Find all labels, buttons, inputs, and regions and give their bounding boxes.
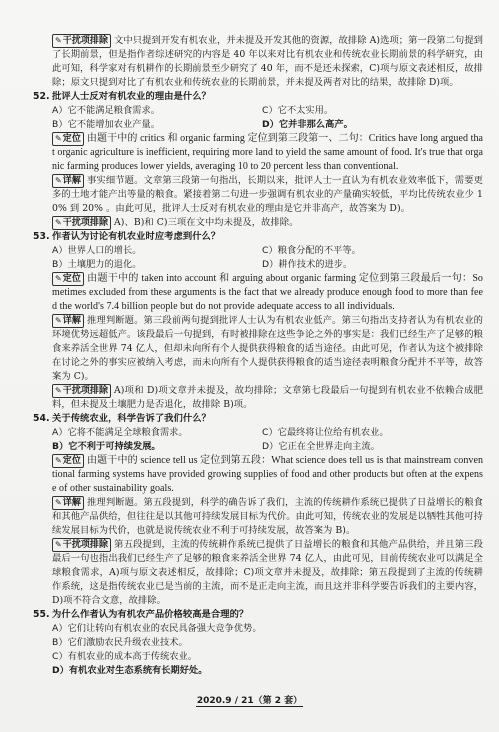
pencil-icon: ✎ xyxy=(55,176,62,185)
section-tag: ✎干扰项排除 xyxy=(52,538,111,552)
q52-explanation: ✎详解事实细节题。文章第三段第一句指出，长期以来，批评人士一直认为有机农业效率低… xyxy=(52,174,483,216)
page-footer: 2020.9 / 21（第 2 套） xyxy=(0,693,499,706)
option-a: A）它们让转向有机农业的农民具备强大竞争优势。 xyxy=(52,622,262,636)
q54-options: A）它将不能满足全球粮食需求。 C）它最终将让位给有机农业。 B）它不利于可持续… xyxy=(52,426,483,454)
question-53: 53. 作者认为讨论有机农业时应考虑到什么？ xyxy=(33,230,483,244)
option-a: A）它将不能满足全球粮食需求。 xyxy=(52,426,262,440)
q52-options: A）它不能满足粮食需求。 C）它不太实用。 B）它不能增加农业产量。 D）它并非… xyxy=(52,104,483,132)
question-stem: 作者认为讨论有机农业时应考虑到什么？ xyxy=(52,230,220,244)
question-number: 53. xyxy=(33,230,52,244)
option-d: D）耕作技术的进步。 xyxy=(262,258,472,272)
option-d-correct: D）有机农业对生态系统有长期好处。 xyxy=(52,664,207,678)
section-tag: ✎详解 xyxy=(52,314,84,328)
pencil-icon: ✎ xyxy=(55,316,62,325)
question-52: 52. 批评人士反对有机农业的理由是什么？ xyxy=(33,90,483,104)
pencil-icon: ✎ xyxy=(55,218,62,227)
exam-answer-page: ✎干扰项排除文中只提到开发有机农业，并未提及开发其他的资源，故排除 A)选项；第… xyxy=(0,0,499,732)
section-tag: ✎详解 xyxy=(52,174,84,188)
option-d-correct: D）它并非那么高产。 xyxy=(262,118,472,132)
analysis-content: ✎干扰项排除文中只提到开发有机农业，并未提及开发其他的资源，故排除 A)选项；第… xyxy=(33,34,483,678)
pencil-icon: ✎ xyxy=(55,456,62,465)
pencil-icon: ✎ xyxy=(55,386,62,395)
page-number: 2020.9 / 21（第 2 套） xyxy=(196,696,303,707)
section-tag: ✎定位 xyxy=(52,132,84,146)
option-d: D）它正在全世界走向主流。 xyxy=(262,440,472,454)
option-b: B）它不能增加农业产量。 xyxy=(52,118,262,132)
option-b-correct: B）它不利于可持续发展。 xyxy=(52,440,262,454)
pencil-icon: ✎ xyxy=(55,36,62,45)
pencil-icon: ✎ xyxy=(55,134,62,143)
option-c: C）有机农业的成本高于传统农业。 xyxy=(52,650,197,664)
option-a: A）世界人口的增长。 xyxy=(52,244,262,258)
q51-distractor-analysis: ✎干扰项排除文中只提到开发有机农业，并未提及开发其他的资源，故排除 A)选项；第… xyxy=(52,34,483,90)
option-a: A）它不能满足粮食需求。 xyxy=(52,104,262,118)
question-number: 52. xyxy=(33,90,52,104)
section-tag: ✎干扰项排除 xyxy=(52,34,111,48)
section-tag: ✎干扰项排除 xyxy=(52,216,111,230)
q55-options: A）它们让转向有机农业的农民具备强大竞争优势。 B）它们激励农民升级农业技术。 … xyxy=(52,622,483,678)
option-c: C）它最终将让位给有机农业。 xyxy=(262,426,472,440)
q53-explanation: ✎详解推理判断题。第三段前两句提到批评人士认为有机农业低产。第三句指出支持者认为… xyxy=(52,314,483,384)
section-tag: ✎详解 xyxy=(52,496,84,510)
q53-locate: ✎定位由题干中的 taken into account 和 arguing ab… xyxy=(52,272,483,314)
option-b: B）土壤肥力的退化。 xyxy=(52,258,262,272)
question-stem: 关于传统农业，科学告诉了我们什么？ xyxy=(52,412,211,426)
question-number: 55. xyxy=(33,608,52,622)
option-b: B）它们激励农民升级农业技术。 xyxy=(52,636,188,650)
option-c: C）它不太实用。 xyxy=(262,104,472,118)
question-55: 55. 为什么作者认为有机农产品价格较高是合理的？ xyxy=(33,608,483,622)
question-number: 54. xyxy=(33,412,52,426)
q52-distractor-analysis: ✎干扰项排除A)、B)和 C)三项在文中均未提及，故排除。 xyxy=(52,216,483,230)
q53-distractor-analysis: ✎干扰项排除A)项和 D)项文章并未提及，故均排除；文章第七段最后一句提到有机农… xyxy=(52,384,483,412)
q54-explanation: ✎详解推理判断题。第五段提到，科学的确告诉了我们，主流的传统耕作系统已提供了日益… xyxy=(52,496,483,538)
pencil-icon: ✎ xyxy=(55,498,62,507)
q52-locate: ✎定位由题干中的 critics 和 organic farming 定位到第三… xyxy=(52,132,483,174)
question-54: 54. 关于传统农业，科学告诉了我们什么？ xyxy=(33,412,483,426)
section-tag: ✎定位 xyxy=(52,272,84,286)
pencil-icon: ✎ xyxy=(55,274,62,283)
q53-options: A）世界人口的增长。 C）粮食分配的不平等。 B）土壤肥力的退化。 D）耕作技术… xyxy=(52,244,483,272)
question-stem: 批评人士反对有机农业的理由是什么？ xyxy=(52,90,211,104)
pencil-icon: ✎ xyxy=(55,540,62,549)
option-c: C）粮食分配的不平等。 xyxy=(262,244,472,258)
section-tag: ✎定位 xyxy=(52,454,84,468)
q54-locate: ✎定位由题干中的 science tell us 定位到第五段：What sci… xyxy=(52,454,483,496)
q54-distractor-analysis: ✎干扰项排除第五段提到，主流的传统耕作系统已提供了日益增长的粮食和其他产品供给，… xyxy=(52,538,483,608)
section-tag: ✎干扰项排除 xyxy=(52,384,111,398)
question-stem: 为什么作者认为有机农产品价格较高是合理的？ xyxy=(52,608,248,622)
